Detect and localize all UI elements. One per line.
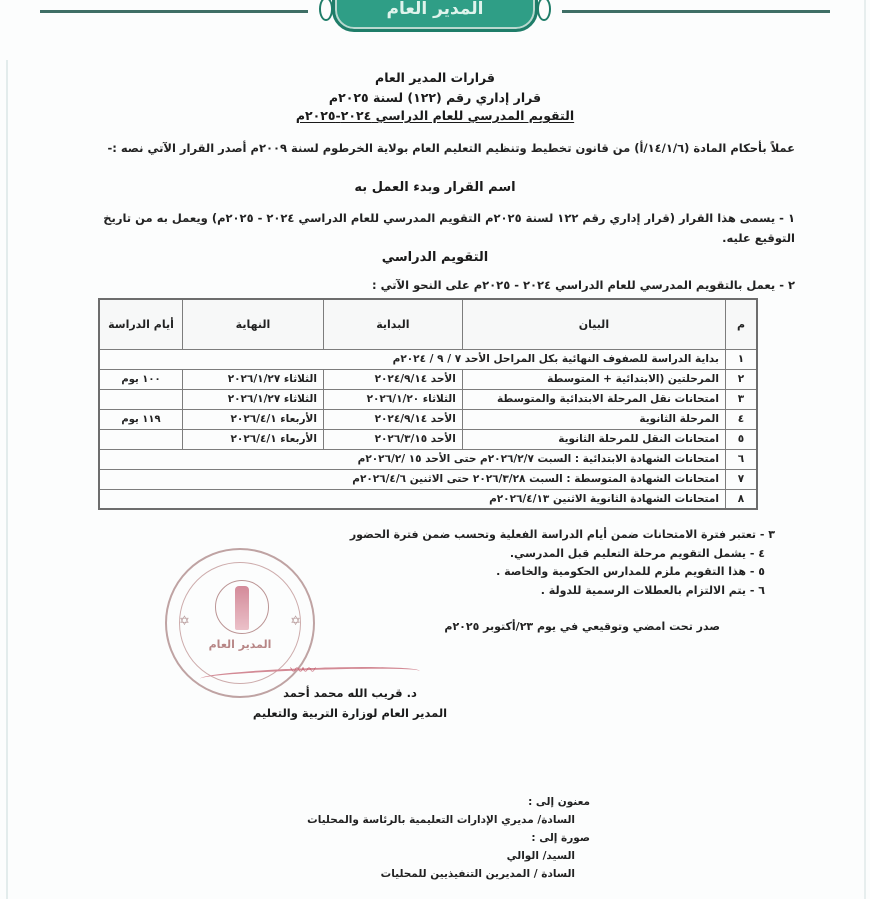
row-span-text: امتحانات الشهادة الابتدائية : السبت ٢٠٢٦… bbox=[99, 449, 725, 469]
row-end: الثلاثاء ٢٠٢٦/١/٢٧ bbox=[182, 369, 323, 389]
header-desc: البيان bbox=[462, 299, 725, 349]
signer-name: د. قريب الله محمد أحمد bbox=[200, 686, 500, 700]
letterhead-banner: المدير العام bbox=[40, 0, 830, 40]
row-num: ٦ bbox=[725, 449, 757, 469]
row-desc: المرحلة الثانوية bbox=[462, 409, 725, 429]
stamp-text: المدير العام bbox=[167, 638, 313, 651]
row-num: ٨ bbox=[725, 489, 757, 509]
calendar-table: م البيان البداية النهاية أيام الدراسة ١ … bbox=[98, 298, 758, 510]
banner-rule-right bbox=[562, 10, 830, 13]
header-end: النهاية bbox=[182, 299, 323, 349]
addressed-to-recipient: السادة/ مديري الإدارات التعليمية بالرئاس… bbox=[307, 814, 575, 826]
table-row: ٨ امتحانات الشهادة الثانوية الاثنين ٢٠٢٦… bbox=[99, 489, 757, 509]
decisions-title: قرارات المدير العام bbox=[0, 70, 870, 85]
row-start: الثلاثاء ٢٠٢٦/١/٢٠ bbox=[323, 389, 462, 409]
intro-paragraph: عملاً بأحكام المادة (١٤/١/٦/أ) من قانون … bbox=[65, 138, 795, 158]
torch-emblem-icon bbox=[235, 586, 249, 630]
row-start: الأحد ٢٠٢٦/٣/١٥ bbox=[323, 429, 462, 449]
table-row: ٥ امتحانات النقل للمرحلة الثانوية الأحد … bbox=[99, 429, 757, 449]
copy-to-governor: السيد/ الوالي bbox=[507, 850, 575, 862]
row-end: الأربعاء ٢٠٢٦/٤/١ bbox=[182, 409, 323, 429]
header-days: أيام الدراسة bbox=[99, 299, 182, 349]
row-num: ٥ bbox=[725, 429, 757, 449]
star-icon: ✡ bbox=[179, 614, 190, 629]
row-end: الأربعاء ٢٠٢٦/٤/١ bbox=[182, 429, 323, 449]
banner-badge: المدير العام bbox=[332, 0, 538, 32]
addressed-to-label: معنون إلى : bbox=[528, 796, 590, 808]
table-row: ٣ امتحانات نقل المرحلة الابتدائية والمتو… bbox=[99, 389, 757, 409]
table-row: ٤ المرحلة الثانوية الأحد ٢٠٢٤/٩/١٤ الأرب… bbox=[99, 409, 757, 429]
signer-title: المدير العام لوزارة التربية والتعليم bbox=[200, 706, 500, 720]
banner-title: المدير العام bbox=[335, 0, 535, 19]
header-num: م bbox=[725, 299, 757, 349]
row-span-text: بداية الدراسة للصفوف النهائية بكل المراح… bbox=[99, 349, 725, 369]
clause-2: ٢ - يعمل بالتقويم المدرسي للعام الدراسي … bbox=[65, 275, 795, 295]
row-num: ٢ bbox=[725, 369, 757, 389]
copy-to-label: صورة إلى : bbox=[531, 832, 590, 844]
table-header-row: م البيان البداية النهاية أيام الدراسة bbox=[99, 299, 757, 349]
row-desc: امتحانات النقل للمرحلة الثانوية bbox=[462, 429, 725, 449]
row-num: ٤ bbox=[725, 409, 757, 429]
banner-rule-left bbox=[40, 10, 308, 13]
section-heading-name: اسم القرار وبدء العمل به bbox=[0, 180, 870, 195]
row-desc: امتحانات نقل المرحلة الابتدائية والمتوسط… bbox=[462, 389, 725, 409]
row-days: ١٠٠ يوم bbox=[99, 369, 182, 389]
star-icon: ✡ bbox=[290, 614, 301, 629]
table-row: ٦ امتحانات الشهادة الابتدائية : السبت ٢٠… bbox=[99, 449, 757, 469]
issued-line: صدر تحت امضي وتوقيعي في يوم ٢٣/أكتوبر ٢٠… bbox=[444, 620, 720, 633]
calendar-title: التقويم المدرسي للعام الدراسي ٢٠٢٤-٢٠٢٥م bbox=[0, 108, 870, 123]
table-row: ٢ المرحلتين (الابتدائية + المتوسطة الأحد… bbox=[99, 369, 757, 389]
row-days: ١١٩ يوم bbox=[99, 409, 182, 429]
calendar-title-text: التقويم المدرسي للعام الدراسي ٢٠٢٤-٢٠٢٥م bbox=[296, 108, 574, 123]
row-start: الأحد ٢٠٢٤/٩/١٤ bbox=[323, 369, 462, 389]
table-row: ١ بداية الدراسة للصفوف النهائية بكل المر… bbox=[99, 349, 757, 369]
row-num: ١ bbox=[725, 349, 757, 369]
row-span-text: امتحانات الشهادة المتوسطة : السبت ٢٠٢٦/٣… bbox=[99, 469, 725, 489]
row-desc: المرحلتين (الابتدائية + المتوسطة bbox=[462, 369, 725, 389]
header-start: البداية bbox=[323, 299, 462, 349]
note-3: ٣ - تعتبر فترة الامتحانات ضمن أيام الدرا… bbox=[135, 526, 775, 545]
section-heading-calendar: التقويم الدراسي bbox=[0, 250, 870, 265]
table-row: ٧ امتحانات الشهادة المتوسطة : السبت ٢٠٢٦… bbox=[99, 469, 757, 489]
clause-1: ١ - يسمى هذا القرار (قرار إداري رقم ١٢٢ … bbox=[65, 208, 795, 248]
row-days bbox=[99, 429, 182, 449]
row-end: الثلاثاء ٢٠٢٦/١/٢٧ bbox=[182, 389, 323, 409]
row-num: ٧ bbox=[725, 469, 757, 489]
decision-number: قرار إداري رقم (١٢٢) لسنة ٢٠٢٥م bbox=[0, 90, 870, 105]
page-edge-right bbox=[864, 0, 866, 899]
document-page: المدير العام قرارات المدير العام قرار إد… bbox=[0, 0, 870, 899]
copy-to-executives: السادة / المديرين التنفيذيين للمحليات bbox=[381, 868, 575, 880]
row-span-text: امتحانات الشهادة الثانوية الاثنين ٢٠٢٦/٤… bbox=[99, 489, 725, 509]
signature-mark: 〰〰 bbox=[290, 660, 314, 680]
row-start: الأحد ٢٠٢٤/٩/١٤ bbox=[323, 409, 462, 429]
row-num: ٣ bbox=[725, 389, 757, 409]
row-days bbox=[99, 389, 182, 409]
